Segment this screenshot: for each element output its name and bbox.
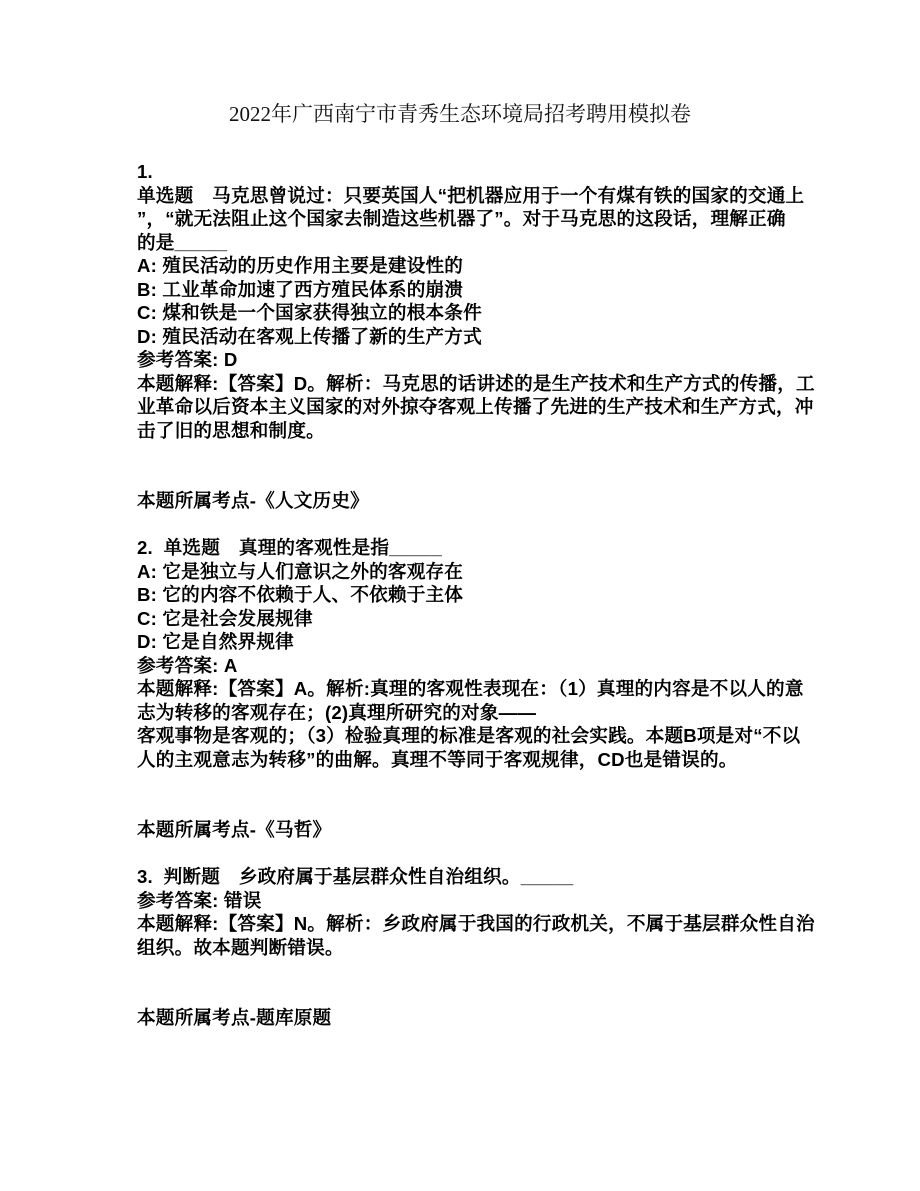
question-3-explanation-line: 组织。故本题判断错误。 xyxy=(137,936,800,960)
question-2-stem-line: 2. 单选题 真理的客观性是指_____ xyxy=(137,536,800,560)
question-1-explanation-line: 业革命以后资本主义国家的对外掠夺客观上传播了先进的生产技术和生产方式，冲 xyxy=(137,395,800,419)
question-2: 2. 单选题 真理的客观性是指_____ A: 它是独立与人们意识之外的客观存在… xyxy=(137,536,800,842)
question-1-option-d: D: 殖民活动在客观上传播了新的生产方式 xyxy=(137,325,800,349)
question-1-stem-line: 的是_____ xyxy=(137,231,800,255)
question-1-explanation-line: 击了旧的思想和制度。 xyxy=(137,419,800,443)
question-2-explanation-line: 本题解释:【答案】A。解析:真理的客观性表现在：（1）真理的内容是不以人的意 xyxy=(137,677,800,701)
question-2-explanation-line: 志为转移的客观存在；(2)真理所研究的对象—— xyxy=(137,701,800,725)
document-title: 2022年广西南宁市青秀生态环境局招考聘用模拟卷 xyxy=(0,102,920,127)
question-2-option-c: C: 它是社会发展规律 xyxy=(137,607,800,631)
question-3-topic: 本题所属考点-题库原题 xyxy=(137,1006,800,1030)
question-2-explanation-line: 人的主观意志为转移”的曲解。真理不等同于客观规律，CD也是错误的。 xyxy=(137,748,800,772)
question-1-option-b: B: 工业革命加速了西方殖民体系的崩溃 xyxy=(137,278,800,302)
question-1-stem-line: 单选题 马克思曾说过：只要英国人“把机器应用于一个有煤有铁的国家的交通上 xyxy=(137,184,800,208)
question-1-topic: 本题所属考点-《人文历史》 xyxy=(137,489,800,513)
question-2-topic: 本题所属考点-《马哲》 xyxy=(137,818,800,842)
question-1-option-a: A: 殖民活动的历史作用主要是建设性的 xyxy=(137,254,800,278)
question-3-explanation-line: 本题解释:【答案】N。解析：乡政府属于我国的行政机关，不属于基层群众性自治 xyxy=(137,912,800,936)
question-3-stem-line: 3. 判断题 乡政府属于基层群众性自治组织。_____ xyxy=(137,865,800,889)
question-2-option-a: A: 它是独立与人们意识之外的客观存在 xyxy=(137,560,800,584)
question-3-answer: 参考答案: 错误 xyxy=(137,889,800,913)
question-1-explanation-line: 本题解释:【答案】D。解析：马克思的话讲述的是生产技术和生产方式的传播，工 xyxy=(137,372,800,396)
question-3: 3. 判断题 乡政府属于基层群众性自治组织。_____ 参考答案: 错误 本题解… xyxy=(137,865,800,1030)
question-2-answer: 参考答案: A xyxy=(137,654,800,678)
question-1-answer: 参考答案: D xyxy=(137,348,800,372)
question-1-number: 1. xyxy=(137,160,800,184)
document-page: 2022年广西南宁市青秀生态环境局招考聘用模拟卷 1. 单选题 马克思曾说过：只… xyxy=(0,0,920,1191)
question-2-option-d: D: 它是自然界规律 xyxy=(137,630,800,654)
question-2-explanation-line: 客观事物是客观的；（3）检验真理的标准是客观的社会实践。本题B项是对“不以 xyxy=(137,724,800,748)
question-1-stem-line: ”，“就无法阻止这个国家去制造这些机器了”。对于马克思的这段话，理解正确 xyxy=(137,207,800,231)
question-1: 1. 单选题 马克思曾说过：只要英国人“把机器应用于一个有煤有铁的国家的交通上 … xyxy=(137,160,800,513)
question-2-option-b: B: 它的内容不依赖于人、不依赖于主体 xyxy=(137,583,800,607)
question-1-option-c: C: 煤和铁是一个国家获得独立的根本条件 xyxy=(137,301,800,325)
document-content: 1. 单选题 马克思曾说过：只要英国人“把机器应用于一个有煤有铁的国家的交通上 … xyxy=(0,160,920,1030)
